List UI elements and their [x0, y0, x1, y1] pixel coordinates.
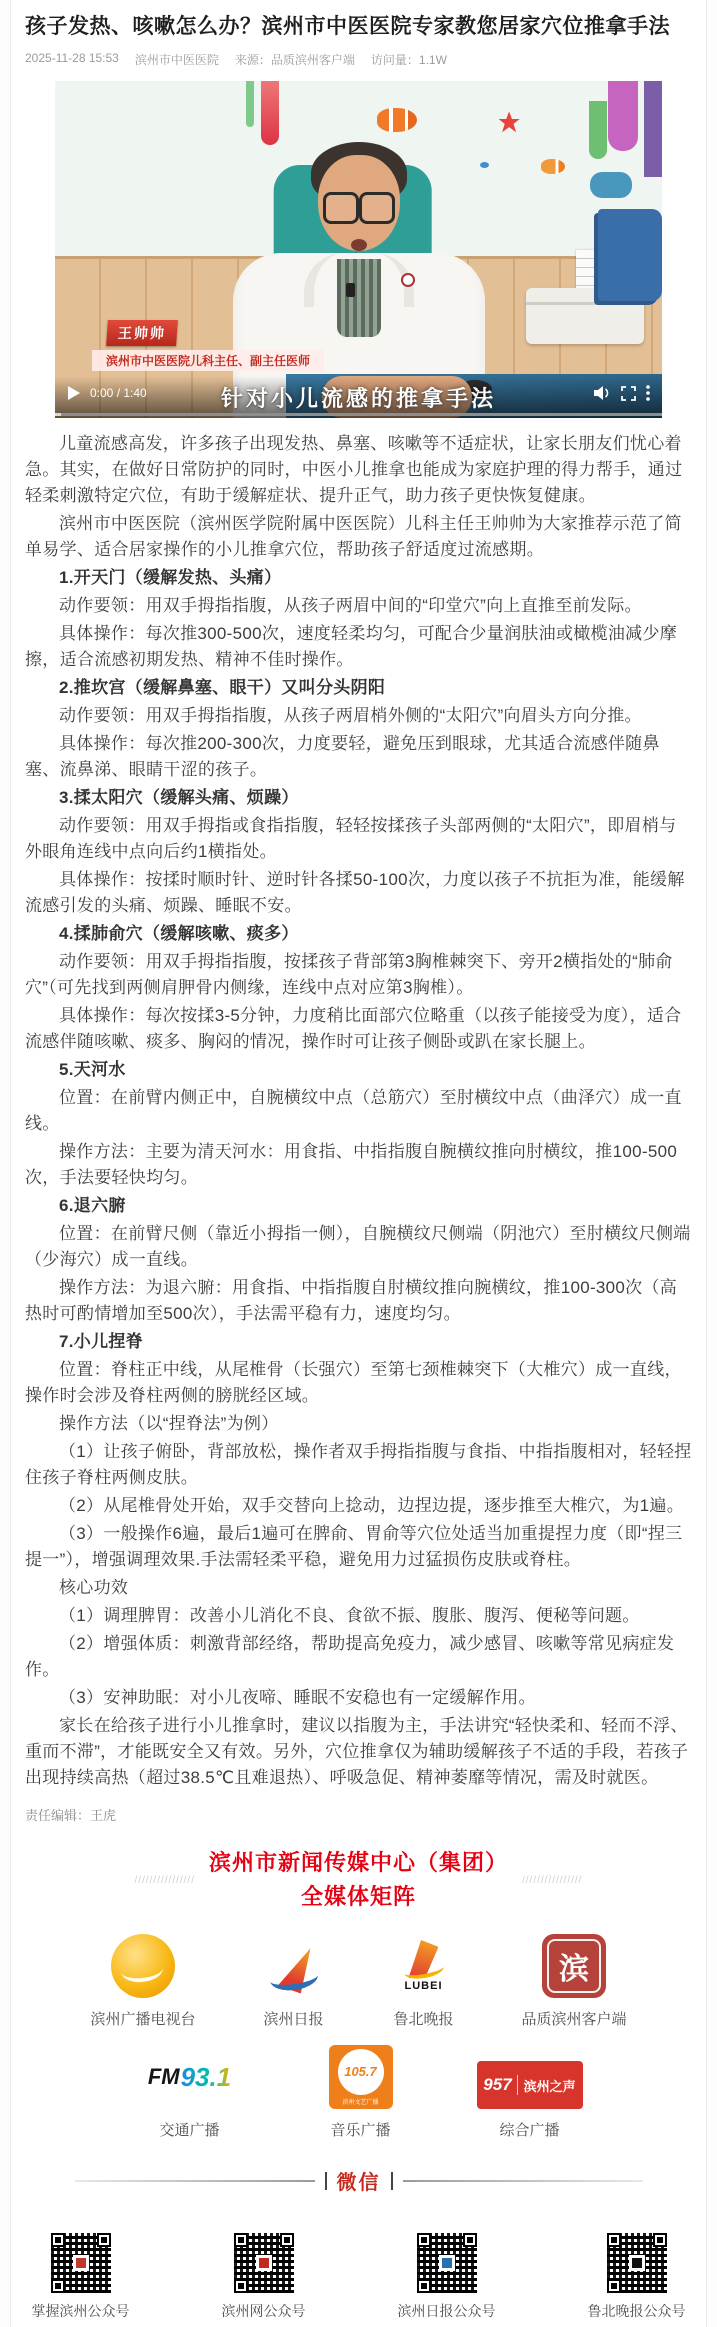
media-label: 综合广播 — [499, 2119, 559, 2140]
article-paragraph: （2）从尾椎骨处开始，双手交替向上捻动，边捏边提，逐步推至大椎穴，为1遍。 — [25, 1493, 692, 1519]
divider-line-right — [403, 2180, 643, 2182]
qr-finder-icon — [234, 2279, 248, 2293]
article-paragraph: 儿童流感高发，许多孩子出现发热、鼻塞、咳嗽等不适症状，让家长朋友们忧心着急。其实… — [25, 431, 692, 509]
qr-finder-icon — [234, 2233, 248, 2247]
meta-row: 2025-11-28 15:53 滨州市中医医院 来源：品质滨州客户端 访问量：… — [25, 51, 692, 68]
divider-line-left — [75, 2180, 315, 2182]
source-label: 来源：品质滨州客户端 — [235, 51, 355, 68]
logo-subtext: 滨州文艺广播 — [342, 2097, 378, 2106]
desk-folder-stack — [598, 209, 662, 301]
article-paragraph: 动作要领：用双手拇指指腹，从孩子两眉梢外侧的“太阳穴”向眉头方向分推。 — [25, 703, 692, 729]
media-outlet[interactable]: 105.7 滨州文艺广播 音乐广播 — [329, 2045, 393, 2140]
media-label: 品质滨州客户端 — [522, 2008, 627, 2029]
speaker-title-band: 滨州市中医医院儿科主任、副主任医师 — [92, 350, 324, 371]
qr-finder-icon — [653, 2233, 667, 2247]
small-fish-decoration — [541, 159, 565, 174]
qr-code — [417, 2233, 477, 2293]
article-paragraph: 具体操作：按揉时顺时针、逆时针各揉50-100次，力度以孩子不抗拒为准，能缓解流… — [25, 867, 692, 919]
article-paragraph: 3.揉太阳穴（缓解头痛、烦躁） — [25, 785, 692, 811]
footer-heading: //////////////// 滨州市新闻传媒中心（集团） 全媒体矩阵 ///… — [25, 1846, 692, 1914]
page-title: 孩子发热、咳嗽怎么办？滨州市中医医院专家教您居家穴位推拿手法 — [25, 0, 692, 42]
seaweed-left-decoration — [246, 81, 254, 127]
qr-finder-icon — [417, 2279, 431, 2293]
article-paragraph: 位置：在前臂内侧正中，自腕横纹中点（总筋穴）至肘横纹中点（曲泽穴）成一直线。 — [25, 1085, 692, 1137]
logo-subtext: 93.1 — [181, 2062, 232, 2093]
media-outlet[interactable]: 滨州日报 — [262, 1934, 326, 2029]
article-paragraph: 位置：脊柱正中线，从尾椎骨（长强穴）至第七颈椎棘突下（大椎穴）成一直线，操作时会… — [25, 1357, 692, 1409]
coral-left-decoration — [261, 81, 279, 145]
logo-text: 957 — [483, 2075, 517, 2095]
coral-right-pink-decoration — [608, 81, 638, 151]
qr-code — [234, 2233, 294, 2293]
article-paragraph: 动作要领：用双手拇指或食指指腹，轻轻按揉孩子头部两侧的“太阳穴”，即眉梢与外眼角… — [25, 813, 692, 865]
media-outlet[interactable]: FM 93.1 交通广播 — [135, 2045, 245, 2140]
media-logo-icon: 滨 — [542, 1934, 606, 1998]
media-label: 交通广播 — [159, 2119, 219, 2140]
doctor-glasses — [317, 192, 401, 222]
qr-finder-icon — [51, 2279, 65, 2293]
qr-finder-icon — [280, 2233, 294, 2247]
article-paragraph: 位置：在前臂尺侧（靠近小拇指一侧），自腕横纹尺侧端（阴池穴）至肘横纹尺侧端（少海… — [25, 1221, 692, 1273]
speaker-nameplate: 王帅帅 — [106, 320, 178, 346]
wechat-label: 微信 — [337, 2166, 381, 2195]
footer-title-line1: 滨州市新闻传媒中心（集团） — [209, 1846, 508, 1880]
media-logo-row-1: 滨州广播电视台 滨州日报 LUBEI 鲁北晚报 — [25, 1934, 692, 2029]
article-paragraph: （1）调理脾胃：改善小儿消化不良、食欲不振、腹胀、腹泻、便秘等问题。 — [25, 1603, 692, 1629]
qr-label: 鲁北晚报公众号 — [588, 2301, 686, 2321]
article-paragraph: 操作方法（以“捏脊法”为例） — [25, 1411, 692, 1437]
qr-finder-icon — [51, 2233, 65, 2247]
coral-right-green-decoration — [589, 101, 607, 159]
article-paragraph: 具体操作：每次推300-500次，速度轻柔均匀，可配合少量润肤油或橄榄油减少摩擦… — [25, 621, 692, 673]
article-paragraph: 2.推坎宫（缓解鼻塞、眼干）又叫分头阴阳 — [25, 675, 692, 701]
qr-center-logo — [73, 2255, 89, 2271]
article-paragraph: 6.退六腑 — [25, 1193, 692, 1219]
video-progress-bar[interactable] — [55, 413, 662, 416]
media-logo-icon — [111, 1934, 175, 1998]
article-paragraph: 4.揉肺俞穴（缓解咳嗽、痰多） — [25, 921, 692, 947]
media-label: 滨州日报 — [263, 2008, 323, 2029]
coat-emblem — [401, 273, 415, 287]
article-paragraph: 具体操作：每次按揉3-5分钟，力度稍比面部穴位略重（以孩子能接受为度），适合流感… — [25, 1003, 692, 1055]
wechat-section-divider: 微信 — [25, 2166, 692, 2195]
media-label: 滨州广播电视台 — [90, 2008, 195, 2029]
footer-title-line2: 全媒体矩阵 — [209, 1880, 508, 1914]
qr-center-logo — [629, 2255, 645, 2271]
qr-code — [607, 2233, 667, 2293]
article-paragraph: 家长在给孩子进行小儿推拿时，建议以指腹为主，手法讲究“轻快柔和、轻而不浮、重而不… — [25, 1713, 692, 1791]
divider-bar-right — [391, 2172, 393, 2190]
qr-code — [51, 2233, 111, 2293]
media-logo-icon: 105.7 滨州文艺广播 — [329, 2045, 393, 2109]
small-fish-blue-decoration — [480, 162, 489, 168]
logo-subtext: 滨州之声 — [524, 2076, 576, 2095]
qr-finder-icon — [607, 2279, 621, 2293]
media-label: 音乐广播 — [330, 2119, 390, 2140]
article-paragraph: 核心功效 — [25, 1575, 692, 1601]
article-paragraph: 具体操作：每次推200-300次，力度要轻，避免压到眼球，尤其适合流感伴随鼻塞、… — [25, 731, 692, 783]
article-paragraph: 1.开天门（缓解发热、头痛） — [25, 565, 692, 591]
qr-label: 掌握滨州公众号 — [32, 2301, 130, 2321]
qr-code-row: 掌握滨州公众号 滨州网公众号 — [25, 2233, 692, 2321]
media-outlet[interactable]: 滨 品质滨州客户端 — [522, 1934, 627, 2029]
article-paragraph: 5.天河水 — [25, 1057, 692, 1083]
clownfish-decoration — [377, 108, 417, 132]
article-paragraph: （1）让孩子俯卧，背部放松，操作者双手拇指指腹与食指、中指指腹相对，轻轻捏住孩子… — [25, 1439, 692, 1491]
qr-center-logo — [256, 2255, 272, 2271]
publish-datetime: 2025-11-28 15:53 — [25, 51, 119, 68]
qr-label: 滨州日报公众号 — [398, 2301, 496, 2321]
qr-item: 鲁北晚报公众号 — [588, 2233, 686, 2321]
qr-finder-icon — [417, 2233, 431, 2247]
logo-text: LUBEI — [405, 1980, 443, 1992]
qr-finder-icon — [463, 2233, 477, 2247]
media-outlet[interactable]: LUBEI 鲁北晚报 — [392, 1934, 456, 2029]
media-outlet[interactable]: 957 滨州之声 综合广播 — [477, 2061, 583, 2140]
media-logo-icon — [262, 1934, 326, 1998]
logo-text: 滨 — [559, 1944, 589, 1988]
clip-microphone — [346, 283, 355, 297]
article-paragraph: （2）增强体质：刺激背部经络，帮助提高免疫力，减少感冒、咳嗽等常见病症发作。 — [25, 1631, 692, 1683]
qr-finder-icon — [607, 2233, 621, 2247]
article-paragraph: 动作要领：用双手拇指指腹，按揉孩子背部第3胸椎棘突下、旁开2横指处的“肺俞穴”（… — [25, 949, 692, 1001]
view-count: 访问量：1.1W — [371, 51, 447, 68]
media-logo-row-2: FM 93.1 交通广播 105.7 滨州文艺广播 音乐广播 957 — [25, 2045, 692, 2140]
media-logo-icon: FM 93.1 — [135, 2045, 245, 2109]
editor-line: 责任编辑：王虎 — [25, 1805, 692, 1824]
divider-bar-left — [325, 2172, 327, 2190]
article-page: 孩子发热、咳嗽怎么办？滨州市中医医院专家教您居家穴位推拿手法 2025-11-2… — [10, 0, 707, 2327]
qr-label: 滨州网公众号 — [222, 2301, 306, 2321]
qr-item: 滨州日报公众号 — [398, 2233, 496, 2321]
video-player[interactable]: 王帅帅 滨州市中医医院儿科主任、副主任医师 针对小儿流感的推拿手法 0:00 /… — [55, 81, 662, 418]
qr-center-logo — [439, 2255, 455, 2271]
article-paragraph: 7.小儿捏脊 — [25, 1329, 692, 1355]
coral-corner-decoration — [644, 81, 662, 177]
decor-slashes-left: //////////////// — [135, 1875, 195, 1886]
media-label: 鲁北晚报 — [393, 2008, 453, 2029]
video-subtitle: 针对小儿流感的推拿手法 — [55, 382, 662, 413]
qr-finder-icon — [97, 2233, 111, 2247]
media-outlet[interactable]: 滨州广播电视台 — [90, 1934, 195, 2029]
doctor-mouth — [351, 239, 367, 251]
article-paragraph: 操作方法：主要为清天河水：用食指、中指指腹自腕横纹推向肘横纹，推100-500次… — [25, 1139, 692, 1191]
article-paragraph: （3）安神助眠：对小儿夜啼、睡眠不安稳也有一定缓解作用。 — [25, 1685, 692, 1711]
coral-right-blue-decoration — [590, 172, 632, 198]
article-paragraph: （3）一般操作6遍，最后1遍可在脾俞、胃俞等穴位处适当加重提捏力度（即“捏三提一… — [25, 1521, 692, 1573]
media-logo-icon: 957 滨州之声 — [477, 2061, 583, 2109]
decor-slashes-right: //////////////// — [522, 1875, 582, 1886]
media-matrix-footer: //////////////// 滨州市新闻传媒中心（集团） 全媒体矩阵 ///… — [25, 1846, 692, 2321]
qr-item: 掌握滨州公众号 — [32, 2233, 130, 2321]
article-paragraph: 滨州市中医医院（滨州医学院附属中医医院）儿科主任王帅帅为大家推荐示范了简单易学、… — [25, 511, 692, 563]
qr-item: 滨州网公众号 — [222, 2233, 306, 2321]
media-logo-icon: LUBEI — [392, 1934, 456, 1998]
publisher-name: 滨州市中医医院 — [135, 51, 219, 68]
footer-title: 滨州市新闻传媒中心（集团） 全媒体矩阵 — [209, 1846, 508, 1914]
article-paragraph: 动作要领：用双手拇指指腹，从孩子两眉中间的“印堂穴”向上直推至前发际。 — [25, 593, 692, 619]
logo-text: 105.7 — [338, 2049, 384, 2095]
article-paragraph: 操作方法：为退六腑：用食指、中指指腹自肘横纹推向腕横纹，推100-300次（高热… — [25, 1275, 692, 1327]
logo-text: FM — [148, 2064, 180, 2090]
article-body: 儿童流感高发，许多孩子出现发热、鼻塞、咳嗽等不适症状，让家长朋友们忧心着急。其实… — [25, 431, 692, 1791]
